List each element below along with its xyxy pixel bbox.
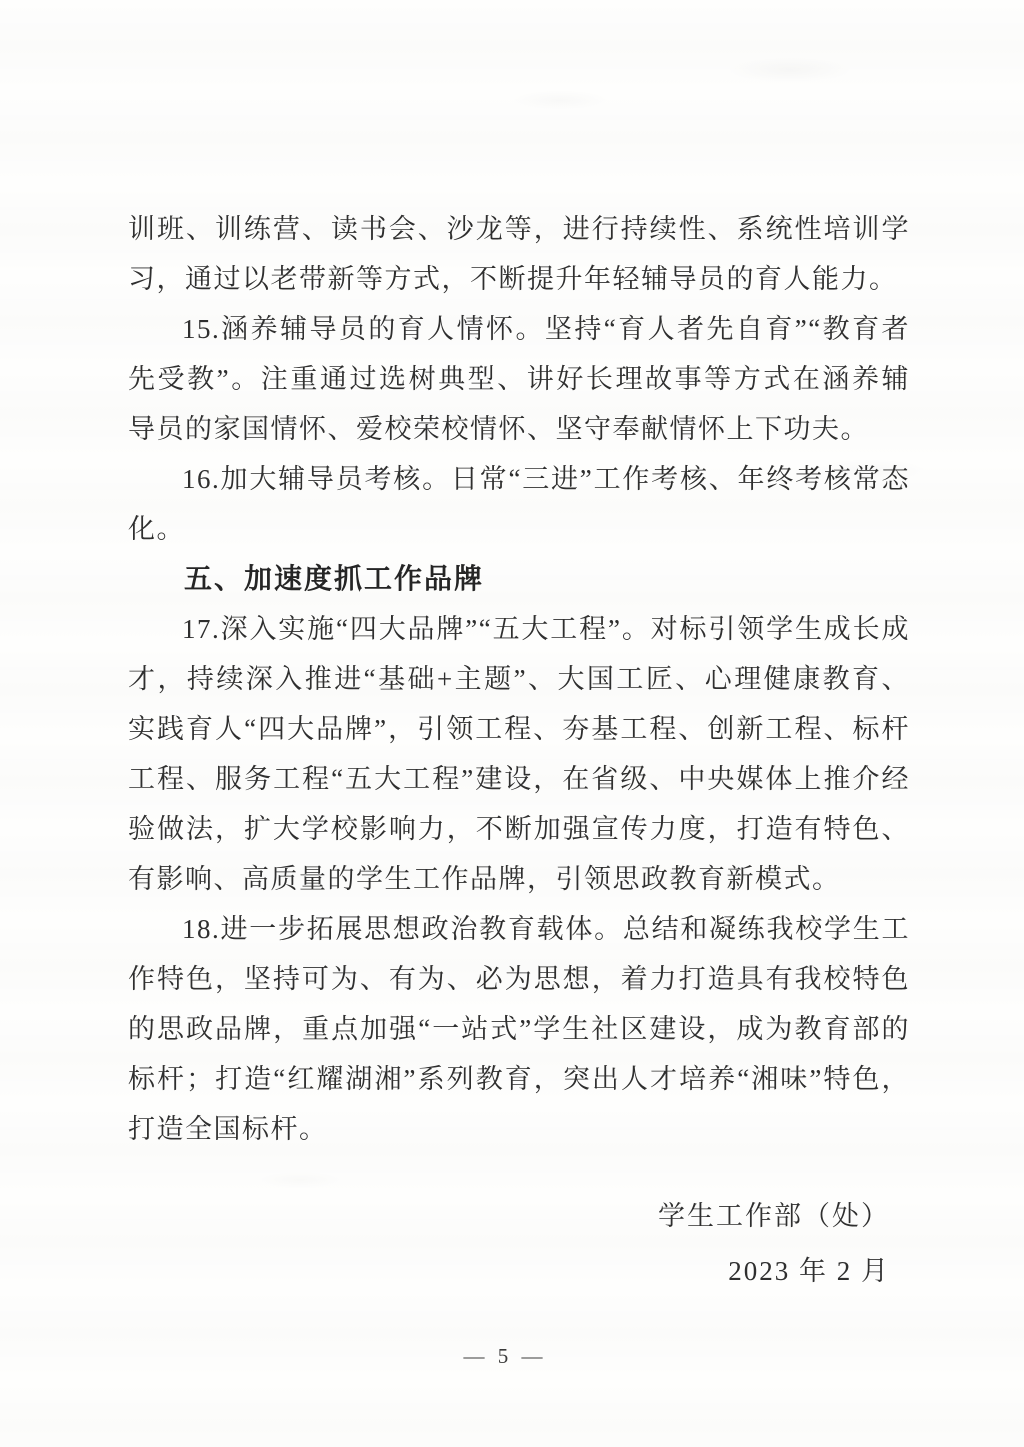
paragraph-15: 15.涵养辅导员的育人情怀。坚持“育人者先自育”“教育者先受教”。注重通过选树典…: [128, 304, 910, 454]
section-heading-5: 五、加速度抓工作品牌: [128, 554, 910, 604]
paragraph-14-continuation: 训班、训练营、读书会、沙龙等，进行持续性、系统性培训学习，通过以老带新等方式，不…: [128, 204, 910, 304]
page-number: — 5 —: [0, 1344, 1010, 1369]
document-body: 训班、训练营、读书会、沙龙等，进行持续性、系统性培训学习，通过以老带新等方式，不…: [128, 204, 910, 1154]
signature-block: 学生工作部（处） 2023 年 2 月: [0, 1196, 890, 1291]
paragraph-18: 18.进一步拓展思想政治教育载体。总结和凝练我校学生工作特色，坚持可为、有为、必…: [128, 904, 910, 1154]
issuing-department: 学生工作部（处）: [0, 1196, 890, 1236]
scanned-document-page: 训班、训练营、读书会、沙龙等，进行持续性、系统性培训学习，通过以老带新等方式，不…: [0, 0, 1024, 1447]
document-date: 2023 年 2 月: [0, 1251, 890, 1291]
paragraph-17: 17.深入实施“四大品牌”“五大工程”。对标引领学生成长成才，持续深入推进“基础…: [128, 604, 910, 904]
paragraph-16: 16.加大辅导员考核。日常“三进”工作考核、年终考核常态化。: [128, 454, 910, 554]
